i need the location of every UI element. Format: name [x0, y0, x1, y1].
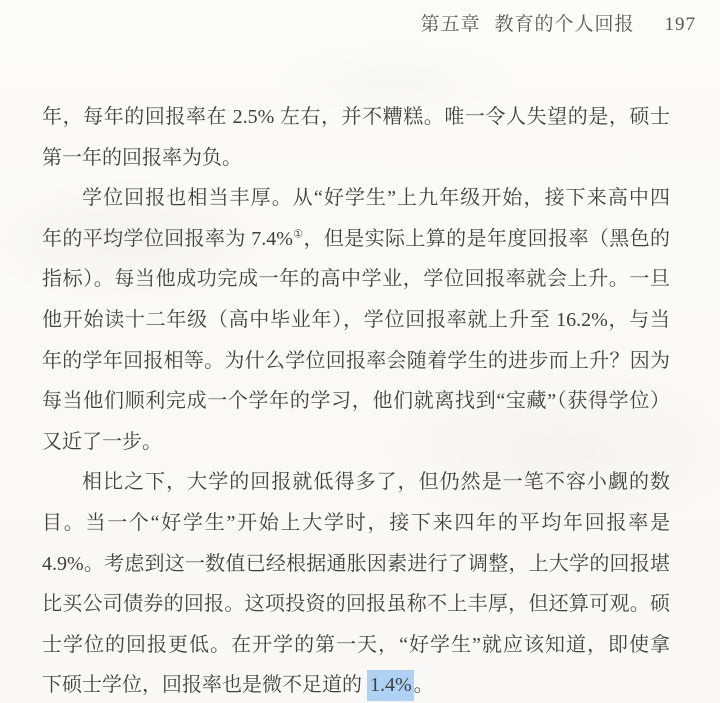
- text-line: 第一年的回报率为负。: [42, 138, 670, 179]
- footnote-marker: ①: [293, 228, 304, 240]
- text-segment: ，但是实际上算的是年度回报率（黑色的: [303, 228, 670, 250]
- text-line: 指标）。每当他成功完成一年的高中学业，学位回报率就会上升。一旦: [42, 259, 670, 300]
- text-line: 4.9%。考虑到这一数值已经根据通胀因素进行了调整，上大学的回报堪: [42, 544, 670, 585]
- text-line: 下硕士学位，回报率也是微不足道的 1.4%。: [42, 665, 670, 703]
- text-line: 学位回报也相当丰厚。从“好学生”上九年级开始，接下来高中四: [42, 178, 670, 219]
- text-line: 他开始读十二年级（高中毕业年），学位回报率就上升至 16.2%，与当: [42, 300, 670, 341]
- page-number: 197: [665, 14, 697, 36]
- text-line: 年的学年回报相等。为什么学位回报率会随着学生的进步而上升？因为: [42, 341, 670, 382]
- chapter-label: 第五章: [420, 9, 480, 36]
- text-line: 年的平均学位回报率为 7.4%①，但是实际上算的是年度回报率（黑色的: [42, 219, 670, 260]
- text-line: 相比之下，大学的回报就低得多了，但仍然是一笔不容小觑的数: [42, 462, 670, 503]
- page-body: 年，每年的回报率在 2.5% 左右，并不糟糕。唯一令人失望的是，硕士 第一年的回…: [42, 97, 670, 703]
- text-line: 目。当一个“好学生”开始上大学时，接下来四年的平均年回报率是: [42, 503, 670, 544]
- text-segment: 下硕士学位，回报率也是微不足道的: [42, 674, 367, 696]
- selection-highlight[interactable]: 1.4%: [367, 670, 414, 701]
- book-page: 第五章 教育的个人回报 197 年，每年的回报率在 2.5% 左右，并不糟糕。唯…: [0, 0, 720, 703]
- chapter-title: 教育的个人回报: [494, 9, 634, 36]
- text-line: 比买公司债券的回报。这项投资的回报虽称不上丰厚，但还算可观。硕: [42, 584, 670, 625]
- text-line: 年，每年的回报率在 2.5% 左右，并不糟糕。唯一令人失望的是，硕士: [42, 97, 670, 138]
- text-line: 每当他们顺利完成一个学年的学习，他们就离找到“宝藏”（获得学位）: [42, 381, 670, 422]
- running-header: 第五章 教育的个人回报 197: [420, 9, 696, 36]
- text-line: 又近了一步。: [42, 422, 670, 463]
- text-segment: 年的平均学位回报率为 7.4%: [42, 228, 293, 250]
- text-segment: 。: [414, 674, 434, 696]
- text-line: 士学位的回报更低。在开学的第一天，“好学生”就应该知道，即使拿: [42, 625, 670, 666]
